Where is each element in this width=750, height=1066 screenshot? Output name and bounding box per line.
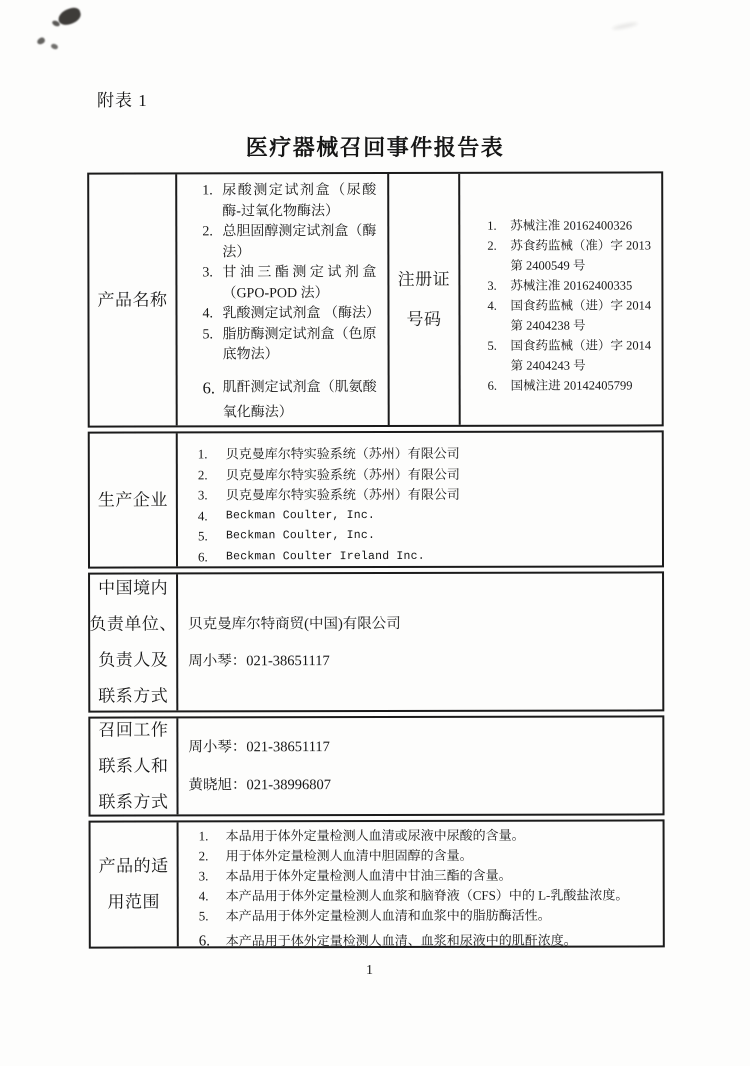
manufacturer-label: 生产企业 xyxy=(98,483,168,517)
item-text: 国食药监械（进）字 2014 第 2404238 号 xyxy=(510,295,657,335)
item-number: 1. xyxy=(487,216,510,236)
list-item: 1.尿酸测定试剂盒（尿酸酶-过氧化物酶法） xyxy=(202,181,381,222)
item-number: 5. xyxy=(488,336,511,356)
item-number: 6. xyxy=(198,547,226,567)
list-item: 1.苏械注准 20162400326 xyxy=(487,215,657,235)
list-item: 2.贝克曼库尔特实验系统（苏州）有限公司 xyxy=(198,464,656,485)
scope-list-cell: 1.本品用于体外定量检测人血清或尿液中尿酸的含量。 2.用于体外定量检测人血清中… xyxy=(179,821,663,946)
registration-label: 号码 xyxy=(406,299,441,339)
scope-label-cell: 产品的适 用范围 xyxy=(91,822,179,946)
item-number: 2. xyxy=(202,222,222,243)
item-number: 4. xyxy=(487,296,510,316)
appendix-label: 附表 1 xyxy=(97,86,148,111)
list-item: 5.Beckman Coulter, Inc. xyxy=(198,525,656,546)
list-item: 6.国械注进 20142405799 xyxy=(488,375,658,395)
china-agent-label: 负责单位、 xyxy=(90,606,177,642)
registration-label: 注册证 xyxy=(398,259,451,299)
list-item: 1.贝克曼库尔特实验系统（苏州）有限公司 xyxy=(198,443,656,464)
list-item: 6.本产品用于体外定量检测人血清、血浆和尿液中的肌酐浓度。 xyxy=(199,930,659,946)
list-item: 4.乳酸测定试剂盒 （酶法） xyxy=(202,304,381,325)
item-number: 4. xyxy=(202,304,222,325)
list-item: 5.脂肪酶测定试剂盒（色原底物法） xyxy=(203,324,382,365)
item-number: 3. xyxy=(198,485,226,506)
scope-label: 用范围 xyxy=(107,884,160,920)
item-number: 2. xyxy=(487,236,510,256)
page-number: 1 xyxy=(366,963,373,979)
recall-contact-label: 联系人和 xyxy=(98,748,168,784)
item-text: 脂肪酶测定试剂盒（色原底物法） xyxy=(223,324,382,365)
list-item: 3.本品用于体外定量检测人血清中甘油三酯的含量。 xyxy=(199,865,659,886)
list-item: 5.国食药监械（进）字 2014 第 2404243 号 xyxy=(488,335,658,375)
china-agent-label: 负责人及 xyxy=(98,642,168,678)
item-text: 本品用于体外定量检测人血清中甘油三酯的含量。 xyxy=(226,865,659,886)
agent-contact: 周小琴：021-38651117 xyxy=(188,650,662,671)
list-item: 3.甘油三酯测定试剂盒（GPO-POD 法） xyxy=(202,263,381,304)
item-number: 3. xyxy=(202,263,222,284)
item-text: Beckman Coulter, Inc. xyxy=(226,505,656,526)
registration-label-cell: 注册证 号码 xyxy=(389,174,461,425)
item-number: 1. xyxy=(199,826,226,846)
item-text: 甘油三酯测定试剂盒（GPO-POD 法） xyxy=(222,263,381,304)
item-text: 国食药监械（进）字 2014 第 2404243 号 xyxy=(511,335,658,375)
item-text: 苏械注准 20162400326 xyxy=(510,215,657,235)
recall-contact-1: 周小琴：021-38651117 xyxy=(188,736,662,757)
product-name-label-cell: 产品名称 xyxy=(89,174,178,425)
ink-smudge-icon xyxy=(50,43,58,50)
list-item: 3.苏械注准 20162400335 xyxy=(487,275,657,295)
item-text: 本品用于体外定量检测人血清或尿液中尿酸的含量。 xyxy=(226,825,659,846)
item-text: 贝克曼库尔特实验系统（苏州）有限公司 xyxy=(226,484,656,505)
item-number: 3. xyxy=(487,276,510,296)
item-text: 苏械注准 20162400335 xyxy=(510,275,657,295)
list-item: 3.贝克曼库尔特实验系统（苏州）有限公司 xyxy=(198,484,656,505)
recall-contact-label: 联系方式 xyxy=(98,784,168,814)
item-number: 1. xyxy=(202,181,222,202)
manufacturer-label-cell: 生产企业 xyxy=(90,433,178,566)
manufacturer-list-cell: 1.贝克曼库尔特实验系统（苏州）有限公司 2.贝克曼库尔特实验系统（苏州）有限公… xyxy=(178,432,662,566)
product-list: 1.尿酸测定试剂盒（尿酸酶-过氧化物酶法） 2.总胆固醇测定试剂盒（酶法） 3.… xyxy=(202,181,382,425)
item-number: 4. xyxy=(199,886,226,906)
scope-row: 产品的适 用范围 1.本品用于体外定量检测人血清或尿液中尿酸的含量。 2.用于体… xyxy=(89,819,665,948)
list-item: 4.Beckman Coulter, Inc. xyxy=(198,505,656,526)
list-item: 6.肌酐测定试剂盒（肌氨酸氧化酶法） xyxy=(203,374,382,424)
item-text: Beckman Coulter, Inc. xyxy=(226,525,656,546)
product-name-label: 产品名称 xyxy=(97,283,167,317)
list-item: 2.总胆固醇测定试剂盒（酶法） xyxy=(202,222,381,263)
recall-contact-content-cell: 周小琴：021-38651117 黄晓旭：021-38996807 xyxy=(178,717,662,814)
china-agent-row: 中国境内 负责单位、 负责人及 联系方式 贝克曼库尔特商贸(中国)有限公司 周小… xyxy=(88,571,664,712)
manufacturer-list: 1.贝克曼库尔特实验系统（苏州）有限公司 2.贝克曼库尔特实验系统（苏州）有限公… xyxy=(198,443,656,566)
item-number: 6. xyxy=(199,931,226,946)
recall-contact-row: 召回工作 联系人和 联系方式 周小琴：021-38651117 黄晓旭：021-… xyxy=(88,715,664,816)
item-number: 6. xyxy=(488,376,511,396)
item-text: 本产品用于体外定量检测人血浆和脑脊液（CFS）中的 L-乳酸盐浓度。 xyxy=(226,885,659,906)
list-item: 2.用于体外定量检测人血清中胆固醇的含量。 xyxy=(199,845,659,866)
report-table: 产品名称 1.尿酸测定试剂盒（尿酸酶-过氧化物酶法） 2.总胆固醇测定试剂盒（酶… xyxy=(87,171,665,948)
item-text: 贝克曼库尔特实验系统（苏州）有限公司 xyxy=(226,443,656,464)
scan-streak xyxy=(612,21,638,30)
item-text: 总胆固醇测定试剂盒（酶法） xyxy=(222,222,381,263)
item-number: 4. xyxy=(198,506,226,527)
list-item: 6.Beckman Coulter Ireland Inc. xyxy=(198,546,656,567)
china-agent-label: 联系方式 xyxy=(98,678,168,710)
china-agent-content-cell: 贝克曼库尔特商贸(中国)有限公司 周小琴：021-38651117 xyxy=(178,573,662,710)
registration-list-cell: 1.苏械注准 20162400326 2.苏食药监械（准）字 2013 第 24… xyxy=(460,173,662,424)
scope-label: 产品的适 xyxy=(99,848,169,884)
item-number: 2. xyxy=(199,846,226,866)
item-number: 5. xyxy=(199,906,226,926)
list-item: 1.本品用于体外定量检测人血清或尿液中尿酸的含量。 xyxy=(199,825,659,846)
ink-smudge-icon xyxy=(56,6,83,27)
recall-contact-label: 召回工作 xyxy=(98,718,168,748)
recall-contact-label-cell: 召回工作 联系人和 联系方式 xyxy=(90,718,178,814)
item-text: 贝克曼库尔特实验系统（苏州）有限公司 xyxy=(226,464,656,485)
scanned-page: 附表 1 医疗器械召回事件报告表 产品名称 1.尿酸测定试剂盒（尿酸酶-过氧化物… xyxy=(0,0,750,1066)
item-number: 6. xyxy=(203,375,223,400)
agent-company: 贝克曼库尔特商贸(中国)有限公司 xyxy=(188,613,662,634)
item-text: 尿酸测定试剂盒（尿酸酶-过氧化物酶法） xyxy=(222,181,381,222)
document-title: 医疗器械召回事件报告表 xyxy=(0,131,750,162)
item-text: Beckman Coulter Ireland Inc. xyxy=(226,546,656,567)
registration-list: 1.苏械注准 20162400326 2.苏食药监械（准）字 2013 第 24… xyxy=(487,215,657,395)
product-list-cell: 1.尿酸测定试剂盒（尿酸酶-过氧化物酶法） 2.总胆固醇测定试剂盒（酶法） 3.… xyxy=(177,174,390,425)
china-agent-label-cell: 中国境内 负责单位、 负责人及 联系方式 xyxy=(90,574,178,710)
item-text: 国械注进 20142405799 xyxy=(511,375,658,395)
item-number: 5. xyxy=(203,325,223,346)
item-text: 本产品用于体外定量检测人血清和血浆中的脂肪酶活性。 xyxy=(226,905,659,926)
product-name-row: 产品名称 1.尿酸测定试剂盒（尿酸酶-过氧化物酶法） 2.总胆固醇测定试剂盒（酶… xyxy=(87,171,664,427)
list-item: 2.苏食药监械（准）字 2013 第 2400549 号 xyxy=(487,235,657,275)
list-item: 4.本产品用于体外定量检测人血浆和脑脊液（CFS）中的 L-乳酸盐浓度。 xyxy=(199,885,659,906)
recall-contact-2: 黄晓旭：021-38996807 xyxy=(188,774,662,795)
item-text: 苏食药监械（准）字 2013 第 2400549 号 xyxy=(510,235,657,275)
item-number: 5. xyxy=(198,526,226,547)
item-number: 2. xyxy=(198,465,226,486)
manufacturer-row: 生产企业 1.贝克曼库尔特实验系统（苏州）有限公司 2.贝克曼库尔特实验系统（苏… xyxy=(88,430,664,568)
scope-list: 1.本品用于体外定量检测人血清或尿液中尿酸的含量。 2.用于体外定量检测人血清中… xyxy=(199,825,659,946)
item-text: 用于体外定量检测人血清中胆固醇的含量。 xyxy=(226,845,659,866)
item-text: 肌酐测定试剂盒（肌氨酸氧化酶法） xyxy=(223,374,382,424)
item-number: 1. xyxy=(198,444,226,465)
list-item: 4.国食药监械（进）字 2014 第 2404238 号 xyxy=(487,295,657,335)
item-text: 乳酸测定试剂盒 （酶法） xyxy=(222,304,381,325)
list-item: 5.本产品用于体外定量检测人血清和血浆中的脂肪酶活性。 xyxy=(199,905,659,926)
china-agent-label: 中国境内 xyxy=(98,574,168,606)
item-text: 本产品用于体外定量检测人血清、血浆和尿液中的肌酐浓度。 xyxy=(226,930,659,946)
ink-smudge-icon xyxy=(36,36,46,45)
item-number: 3. xyxy=(199,866,226,886)
